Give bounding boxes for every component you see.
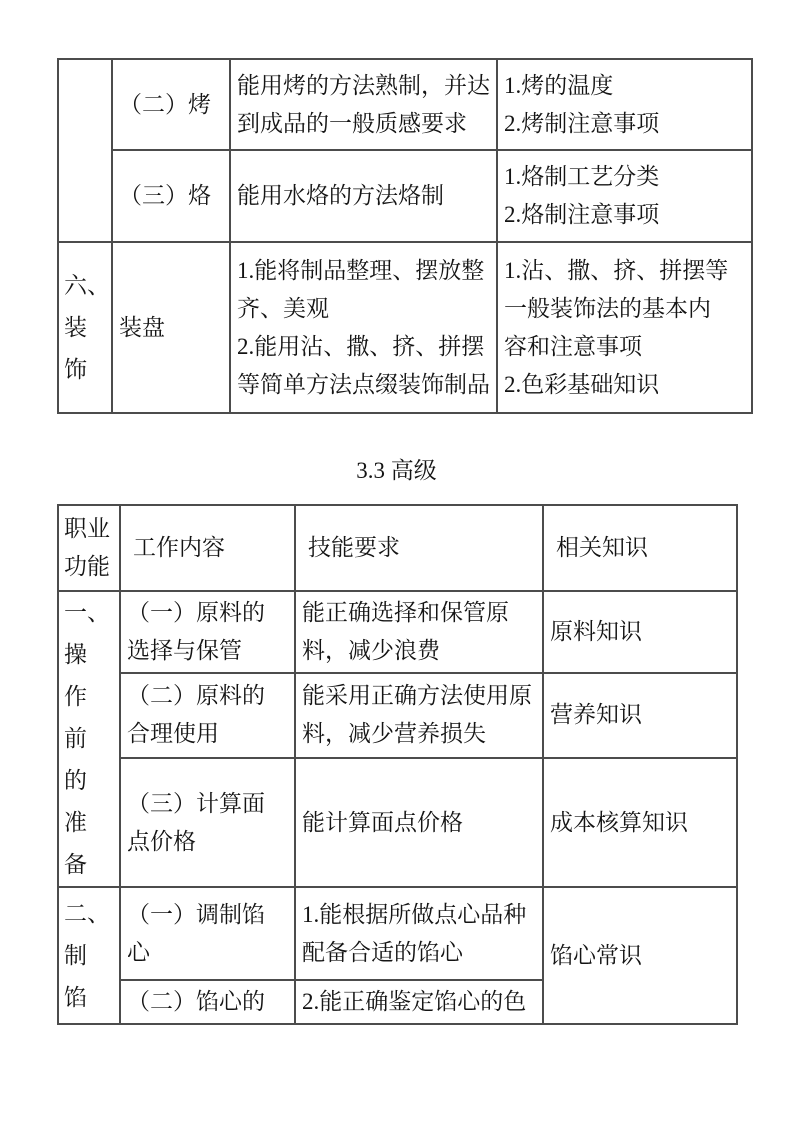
header-skill-requirement: 技能要求 [295, 505, 543, 591]
function-char: 的 [59, 760, 119, 802]
function-cell-continuation [58, 59, 112, 242]
table-header-row: 职业 功能 工作内容 技能要求 相关知识 [58, 505, 737, 591]
knowledge-line: 1.烤的温度 [498, 67, 751, 105]
knowledge-line: 1.沾、撒、挤、拼摆等 [498, 252, 751, 290]
header-line: 职业 [59, 510, 119, 548]
document-page: （二）烤 能用烤的方法熟制，并达 到成品的一般质感要求 1.烤的温度 2.烤制注… [0, 0, 793, 1122]
work-content-cell: （三）烙 [112, 150, 230, 242]
occupational-function-cell: 二、 制 馅 [58, 887, 120, 1024]
related-knowledge-cell: 1.烙制工艺分类 2.烙制注意事项 [497, 150, 752, 242]
skill-line: 等简单方法点缀装饰制品 [231, 366, 496, 404]
function-char: 二、 [59, 893, 119, 935]
occupational-function-cell: 一、 操 作 前 的 准 备 [58, 591, 120, 887]
skill-line: 配备合适的馅心 [296, 934, 542, 972]
knowledge-line: 一般装饰法的基本内 [498, 290, 751, 328]
function-char: 装 [59, 307, 111, 349]
work-content-line: 合理使用 [121, 715, 294, 753]
function-char: 馅 [59, 977, 119, 1019]
advanced-level-table: 职业 功能 工作内容 技能要求 相关知识 一、 操 作 前 的 准 备 [57, 504, 738, 1025]
table-row: （二）烤 能用烤的方法熟制，并达 到成品的一般质感要求 1.烤的温度 2.烤制注… [58, 59, 752, 150]
knowledge-line: 2.烙制注意事项 [498, 196, 751, 234]
table-row: 六、 装 饰 装盘 1.能将制品整理、摆放整 齐、美观 2.能用沾、撒、挤、拼摆… [58, 242, 752, 413]
work-content-cell: （三）计算面 点价格 [120, 758, 295, 887]
table-row: （三）烙 能用水烙的方法烙制 1.烙制工艺分类 2.烙制注意事项 [58, 150, 752, 242]
knowledge-line: 2.色彩基础知识 [498, 366, 751, 404]
skill-line: 到成品的一般质感要求 [231, 105, 496, 143]
skill-line: 齐、美观 [231, 290, 496, 328]
header-line: 功能 [59, 548, 119, 586]
table-row: 一、 操 作 前 的 准 备 （一）原料的 选择与保管 能正确选择和保管原 料，… [58, 591, 737, 673]
skill-requirement-cell: 能采用正确方法使用原 料，减少营养损失 [295, 673, 543, 759]
skill-line: 1.能将制品整理、摆放整 [231, 252, 496, 290]
section-heading: 3.3 高级 [0, 452, 793, 490]
work-content-line: （二）馅心的 [121, 983, 294, 1021]
related-knowledge-cell: 营养知识 [543, 673, 737, 759]
table-row: （三）计算面 点价格 能计算面点价格 成本核算知识 [58, 758, 737, 887]
header-label: 相关知识 [544, 529, 736, 567]
table-row: 二、 制 馅 （一）调制馅 心 1.能根据所做点心品种 配备合适的馅心 馅心常识 [58, 887, 737, 980]
header-related-knowledge: 相关知识 [543, 505, 737, 591]
skill-requirement-cell: 能用烤的方法熟制，并达 到成品的一般质感要求 [230, 59, 497, 150]
table-row: （二）原料的 合理使用 能采用正确方法使用原 料，减少营养损失 营养知识 [58, 673, 737, 759]
skill-line: 2.能用沾、撒、挤、拼摆 [231, 328, 496, 366]
skill-requirement-cell: 能计算面点价格 [295, 758, 543, 887]
header-label: 技能要求 [296, 529, 542, 567]
skill-requirement-cell: 1.能将制品整理、摆放整 齐、美观 2.能用沾、撒、挤、拼摆 等简单方法点缀装饰… [230, 242, 497, 413]
skill-line: 能正确选择和保管原 [296, 594, 542, 632]
skill-line: 料，减少浪费 [296, 632, 542, 670]
knowledge-line: 2.烤制注意事项 [498, 105, 751, 143]
header-work-content: 工作内容 [120, 505, 295, 591]
skill-requirement-cell: 能正确选择和保管原 料，减少浪费 [295, 591, 543, 673]
work-content-label: （二）烤 [113, 86, 229, 124]
skill-requirement-cell: 能用水烙的方法烙制 [230, 150, 497, 242]
knowledge-line: 营养知识 [544, 696, 736, 734]
work-content-label: 装盘 [113, 309, 229, 347]
skill-line: 能计算面点价格 [296, 804, 542, 842]
work-content-line: （一）调制馅 [121, 896, 294, 934]
function-char: 操 [59, 634, 119, 676]
skill-line: 能用烤的方法熟制，并达 [231, 67, 496, 105]
work-content-line: 点价格 [121, 823, 294, 861]
header-label: 工作内容 [121, 529, 294, 567]
skill-line: 料，减少营养损失 [296, 715, 542, 753]
function-char: 制 [59, 935, 119, 977]
knowledge-line: 原料知识 [544, 613, 736, 651]
work-content-cell: （二）馅心的 [120, 980, 295, 1024]
work-content-line: （二）原料的 [121, 677, 294, 715]
work-content-label: （三）烙 [113, 177, 229, 215]
function-char: 六、 [59, 265, 111, 307]
occupational-function-cell: 六、 装 饰 [58, 242, 112, 413]
skill-line: 能用水烙的方法烙制 [231, 177, 496, 215]
knowledge-line: 1.烙制工艺分类 [498, 158, 751, 196]
work-content-cell: （二）原料的 合理使用 [120, 673, 295, 759]
skill-line: 1.能根据所做点心品种 [296, 896, 542, 934]
related-knowledge-cell: 1.沾、撒、挤、拼摆等 一般装饰法的基本内 容和注意事项 2.色彩基础知识 [497, 242, 752, 413]
function-char: 备 [59, 844, 119, 886]
work-content-cell: （二）烤 [112, 59, 230, 150]
function-char: 准 [59, 802, 119, 844]
work-content-line: （一）原料的 [121, 594, 294, 632]
related-knowledge-cell: 馅心常识 [543, 887, 737, 1024]
skill-line: 2.能正确鉴定馅心的色 [296, 983, 542, 1021]
function-char: 饰 [59, 349, 111, 391]
work-content-cell: （一）原料的 选择与保管 [120, 591, 295, 673]
function-char: 一、 [59, 592, 119, 634]
header-occupational-function: 职业 功能 [58, 505, 120, 591]
related-knowledge-cell: 1.烤的温度 2.烤制注意事项 [497, 59, 752, 150]
skill-requirement-cell: 2.能正确鉴定馅心的色 [295, 980, 543, 1024]
skill-requirement-cell: 1.能根据所做点心品种 配备合适的馅心 [295, 887, 543, 980]
skill-line: 能采用正确方法使用原 [296, 677, 542, 715]
work-content-line: （三）计算面 [121, 785, 294, 823]
work-content-cell: 装盘 [112, 242, 230, 413]
related-knowledge-cell: 成本核算知识 [543, 758, 737, 887]
work-content-line: 心 [121, 934, 294, 972]
knowledge-line: 成本核算知识 [544, 804, 736, 842]
work-content-line: 选择与保管 [121, 632, 294, 670]
knowledge-line: 容和注意事项 [498, 328, 751, 366]
function-char: 作 [59, 676, 119, 718]
function-char: 前 [59, 718, 119, 760]
upper-skills-table: （二）烤 能用烤的方法熟制，并达 到成品的一般质感要求 1.烤的温度 2.烤制注… [57, 58, 753, 414]
related-knowledge-cell: 原料知识 [543, 591, 737, 673]
work-content-cell: （一）调制馅 心 [120, 887, 295, 980]
knowledge-line: 馅心常识 [544, 937, 736, 975]
